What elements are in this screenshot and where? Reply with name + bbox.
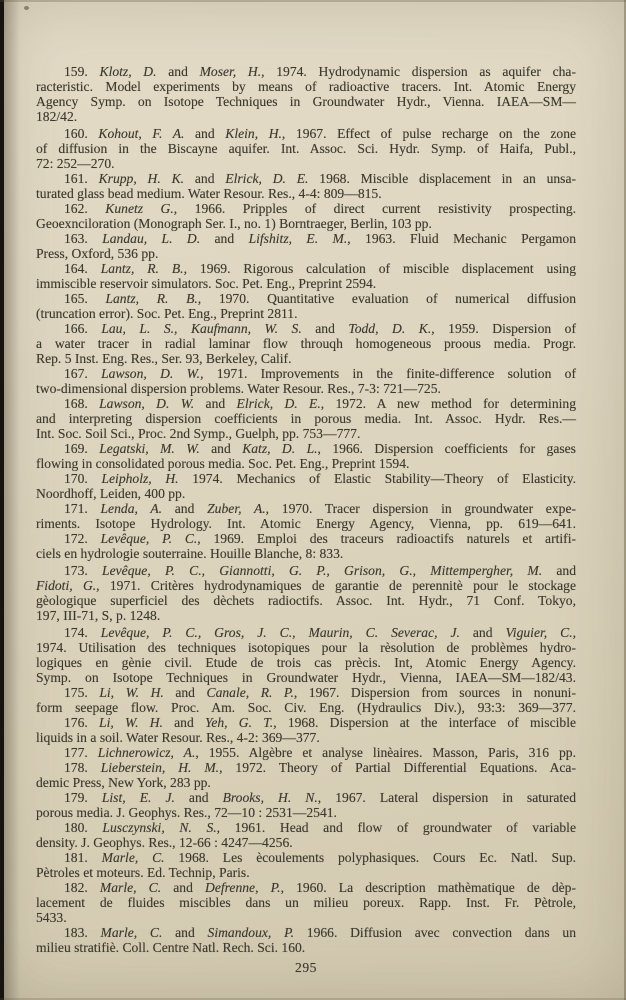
reference-text: 1968. Les ècoulements polyphasiques. Cou… — [165, 850, 576, 865]
reference-entry: 164. Lantz, R. B., 1969. Rigorous calcul… — [36, 261, 576, 291]
reference-text: 171. — [64, 501, 101, 516]
author-name-text: Levêque, P. C., Giannotti, G. P., Grison… — [102, 563, 542, 578]
reference-line: ciels en hydrologie souterraine. Houille… — [36, 546, 576, 561]
scan-edge-top — [0, 0, 626, 2]
reference-text: , 1967. Lateral dispersion in saturated — [318, 790, 576, 805]
author-name-text: Canale, R. P. — [207, 685, 294, 700]
reference-entry: 174. Levêque, P. C., Gros, J. C., Maurin… — [36, 625, 576, 685]
reference-text: , 1970. Tracer dispersion in groundwater… — [266, 501, 576, 516]
reference-text: and — [200, 441, 242, 456]
reference-line: Press, Oxford, 536 pp. — [36, 246, 576, 261]
reference-entry: 163. Landau, L. D. and Lifshitz, E. M., … — [36, 231, 576, 261]
reference-entry: 176. Li, W. H. and Yeh, G. T., 1968. Dis… — [36, 715, 576, 745]
reference-text: , 1969. Rigorous calculation of miscible… — [184, 261, 576, 276]
reference-entry: 170. Leipholz, H. 1974. Mechanics of Ela… — [36, 471, 576, 501]
reference-text: of diffusion in the Biscayne aquifer. In… — [36, 141, 576, 156]
reference-line: 159. Klotz, D. and Moser, H., 1974. Hydr… — [36, 64, 576, 79]
reference-line: Noordhoff, Leiden, 400 pp. — [36, 486, 576, 501]
reference-line: 182. Marle, C. and Defrenne, P., 1960. L… — [36, 880, 576, 895]
reference-line: gèologique superficiel des dèchets radio… — [36, 593, 576, 608]
reference-line: flowing in consolidated porous media. So… — [36, 456, 576, 471]
reference-text: , 1967. Effect of pulse recharge on the … — [282, 126, 576, 141]
author-name-text: Klein, H. — [225, 126, 282, 141]
author-name-text: Lifshitz, E. M. — [249, 231, 348, 246]
reference-text: 163. — [64, 231, 102, 246]
reference-text: 183. — [64, 925, 101, 940]
reference-text: and — [194, 396, 236, 411]
reference-line: 5433. — [36, 910, 576, 925]
reference-text: 176. — [64, 715, 99, 730]
reference-text: , 1955. Algèbre et analyse linèaires. Ma… — [195, 745, 576, 760]
reference-text: and — [302, 321, 349, 336]
author-name-text: Yeh, G. T. — [205, 715, 273, 730]
reference-line: 173. Levêque, P. C., Giannotti, G. P., G… — [36, 563, 576, 578]
reference-text: , 1960. La description mathèmatique de d… — [281, 880, 576, 895]
reference-line: (truncation error). Soc. Pet. Eng., Prep… — [36, 306, 576, 321]
reference-text: 179. — [64, 790, 102, 805]
author-name-text: Marle, C. — [100, 880, 161, 895]
reference-text: and — [157, 64, 200, 79]
author-name-text: Katz, D. L. — [242, 441, 317, 456]
reference-entry: 180. Lusczynski, N. S., 1961. Head and f… — [36, 820, 576, 850]
reference-entry: 178. Lieberstein, H. M., 1972. Theory of… — [36, 760, 576, 790]
reference-line: 176. Li, W. H. and Yeh, G. T., 1968. Dis… — [36, 715, 576, 730]
reference-line: logiques en gènie civil. Etude de trois … — [36, 655, 576, 670]
author-name-text: Marle, C. — [101, 925, 163, 940]
reference-text: gèologique superficiel des dèchets radio… — [36, 593, 576, 608]
scan-edge-left-shadow — [4, 0, 20, 1000]
reference-text: 180. — [64, 820, 102, 835]
reference-line: liquids in a soil. Water Resour. Res., 4… — [36, 730, 576, 745]
author-name-text: Li, W. H. — [99, 685, 163, 700]
reference-text: 159. — [64, 64, 100, 79]
reference-text: 177. — [64, 745, 98, 760]
reference-line: 181. Marle, C. 1968. Les ècoulements pol… — [36, 850, 576, 865]
reference-line: Symp. on Isotope Techniques in Groundwat… — [36, 670, 576, 685]
reference-text: 160. — [64, 126, 98, 141]
reference-line: form seepage flow. Proc. Am. Soc. Civ. E… — [36, 700, 576, 715]
author-name-text: Lieberstein, H. M. — [101, 760, 219, 775]
author-name-text: Simandoux, P. — [208, 925, 295, 940]
reference-text: 182/42. — [36, 109, 77, 124]
reference-entry: 179. List, E. J. and Brooks, H. N., 1967… — [36, 790, 576, 820]
author-name-text: Marle, C. — [102, 850, 165, 865]
reference-line: 197, III-71, S, p. 1248. — [36, 608, 576, 623]
reference-line: milieu stratifiè. Coll. Centre Natl. Rec… — [36, 940, 576, 955]
author-name-text: Lau, L. S., Kaufmann, W. S. — [101, 321, 301, 336]
page-content: 159. Klotz, D. and Moser, H., 1974. Hydr… — [36, 64, 576, 975]
reference-line: 1974. Utilisation des techniques isotopi… — [36, 640, 576, 655]
author-name-text: Klotz, D. — [100, 64, 157, 79]
author-name-text: List, E. J. — [102, 790, 175, 805]
scan-speck — [24, 6, 29, 10]
reference-line: 160. Kohout, F. A. and Klein, H., 1967. … — [36, 126, 576, 141]
reference-line: 171. Lenda, A. and Zuber, A., 1970. Trac… — [36, 501, 576, 516]
author-name-text: Todd, D. K. — [348, 321, 431, 336]
reference-text: , 1961. Head and flow of groundwater of … — [217, 820, 576, 835]
reference-line: density. J. Geophys. Res., 12-66 : 4247—… — [36, 835, 576, 850]
reference-text: Noordhoff, Leiden, 400 pp. — [36, 486, 185, 501]
reference-text: logiques en gènie civil. Etude de trois … — [36, 655, 576, 670]
reference-entry: 167. Lawson, D. W., 1971. Improvements i… — [36, 366, 576, 396]
reference-entry: 159. Klotz, D. and Moser, H., 1974. Hydr… — [36, 64, 576, 124]
reference-text: , 1970. Quantitative evaluation of numer… — [198, 291, 576, 306]
reference-text: Agency Symp. on Isotope Techniques in Gr… — [36, 94, 576, 109]
reference-text: 1966. Diffusion avec convection dans un — [294, 925, 576, 940]
reference-text: and — [162, 925, 207, 940]
author-name-text: Fidoti, G. — [36, 578, 96, 593]
reference-line: 168. Lawson, D. W. and Elrick, D. E., 19… — [36, 396, 576, 411]
reference-line: immiscible reservoir simulators. Soc. Pe… — [36, 276, 576, 291]
reference-text: and — [163, 715, 205, 730]
reference-text: , 1971. Improvements in the finite-diffe… — [200, 366, 576, 381]
reference-text: riments. Isotope Hydrology. Int. Atomic … — [36, 516, 576, 531]
reference-line: turated glass bead medium. Water Resour.… — [36, 186, 576, 201]
reference-text: , 1967. Dispersion from sources in nonun… — [294, 685, 576, 700]
reference-text: density. J. Geophys. Res., 12-66 : 4247—… — [36, 835, 293, 850]
reference-text: and — [200, 231, 248, 246]
reference-line: riments. Isotope Hydrology. Int. Atomic … — [36, 516, 576, 531]
author-name-text: Kohout, F. A. — [98, 126, 184, 141]
reference-text: , 1971. Critères hydrodynamiques de gara… — [96, 578, 576, 593]
reference-text: Symp. on Isotope Techniques in Groundwat… — [36, 670, 576, 685]
reference-entry: 169. Legatski, M. W. and Katz, D. L., 19… — [36, 441, 576, 471]
reference-text: and — [184, 126, 225, 141]
reference-line: 182/42. — [36, 109, 576, 124]
reference-text: and — [161, 880, 205, 895]
page-number: 295 — [36, 960, 576, 975]
reference-text: 174. — [64, 625, 101, 640]
author-name-text: Krupp, H. K. — [99, 171, 184, 186]
reference-line: 172. Levêque, P. C., 1969. Emploi des tr… — [36, 531, 576, 546]
reference-entry: 175. Li, W. H. and Canale, R. P., 1967. … — [36, 685, 576, 715]
author-name-text: Lusczynski, N. S. — [102, 820, 216, 835]
reference-entry: 182. Marle, C. and Defrenne, P., 1960. L… — [36, 880, 576, 925]
reference-line: 167. Lawson, D. W., 1971. Improvements i… — [36, 366, 576, 381]
reference-line: Geoexnciloration (Monograph Ser. I., no.… — [36, 216, 576, 231]
reference-text: 175. — [64, 685, 99, 700]
author-name-text: Leipholz, H. — [101, 471, 178, 486]
reference-line: and interpreting dispersion coefficients… — [36, 411, 576, 426]
reference-line: 161. Krupp, H. K. and Elrick, D. E. 1968… — [36, 171, 576, 186]
author-name-text: Elrick, D. E. — [225, 171, 308, 186]
reference-list: 159. Klotz, D. and Moser, H., 1974. Hydr… — [36, 64, 576, 955]
reference-text: and — [175, 790, 223, 805]
reference-text: form seepage flow. Proc. Am. Soc. Civ. E… — [36, 700, 576, 715]
author-name-text: Lawson, D. W. — [99, 396, 194, 411]
reference-text: 197, III-71, S, p. 1248. — [36, 608, 160, 623]
reference-text: and — [184, 171, 225, 186]
reference-line: 179. List, E. J. and Brooks, H. N., 1967… — [36, 790, 576, 805]
reference-text: 182. — [64, 880, 100, 895]
reference-entry: 177. Lichnerowicz, A., 1955. Algèbre et … — [36, 745, 576, 760]
author-name-text: Lantz, R. B. — [105, 291, 197, 306]
reference-text: Geoexnciloration (Monograph Ser. I., no.… — [36, 216, 432, 231]
author-name-text: Lenda, A. — [101, 501, 163, 516]
author-name-text: Levêque, P. C., Gros, J. C., Maurin, C. … — [101, 625, 460, 640]
reference-entry: 161. Krupp, H. K. and Elrick, D. E. 1968… — [36, 171, 576, 201]
reference-text: 178. — [64, 760, 101, 775]
author-name-text: Elrick, D. E. — [237, 396, 321, 411]
author-name-text: Li, W. H. — [99, 715, 163, 730]
author-name-text: Brooks, H. N. — [223, 790, 318, 805]
reference-entry: 172. Levêque, P. C., 1969. Emploi des tr… — [36, 531, 576, 561]
reference-text: (truncation error). Soc. Pet. Eng., Prep… — [36, 306, 298, 321]
reference-line: Pètroles et moteurs. Ed. Technip, Paris. — [36, 865, 576, 880]
author-name-text: Kunetz G. — [105, 201, 173, 216]
reference-text: ciels en hydrologie souterraine. Houille… — [36, 546, 343, 561]
reference-text: 172. — [64, 531, 101, 546]
reference-text: 173. — [64, 563, 102, 578]
author-name-text: Landau, L. D. — [102, 231, 200, 246]
reference-text: , 1966. Pripples of direct current resis… — [174, 201, 576, 216]
reference-text: 162. — [64, 201, 105, 216]
reference-text: immiscible reservoir simulators. Soc. Pe… — [36, 276, 376, 291]
reference-line: 180. Lusczynski, N. S., 1961. Head and f… — [36, 820, 576, 835]
reference-line: two-dimensional dispersion problems. Wat… — [36, 381, 576, 396]
reference-line: 72: 252—270. — [36, 156, 576, 171]
reference-line: 174. Levêque, P. C., Gros, J. C., Maurin… — [36, 625, 576, 640]
reference-line: porous media. J. Geophys. Res., 72—10 : … — [36, 805, 576, 820]
reference-text: flowing in consolidated porous media. So… — [36, 456, 409, 471]
reference-text: 168. — [64, 396, 99, 411]
reference-text: lacement de fluides miscibles dans un mi… — [36, 895, 576, 910]
reference-line: 183. Marle, C. and Simandoux, P. 1966. D… — [36, 925, 576, 940]
reference-line: 163. Landau, L. D. and Lifshitz, E. M., … — [36, 231, 576, 246]
reference-text: 167. — [64, 366, 101, 381]
reference-text: 165. — [64, 291, 105, 306]
reference-line: Rep. 5 Inst. Eng. Res., Ser. 93, Berkele… — [36, 351, 576, 366]
reference-entry: 183. Marle, C. and Simandoux, P. 1966. D… — [36, 925, 576, 955]
reference-text: porous media. J. Geophys. Res., 72—10 : … — [36, 805, 337, 820]
reference-text: demic Press, New York, 283 pp. — [36, 775, 211, 790]
reference-text: 181. — [64, 850, 102, 865]
reference-text: Int. Soc. Soil Sci., Proc. 2nd Symp., Gu… — [36, 426, 360, 441]
reference-text: 169. — [64, 441, 99, 456]
reference-line: 175. Li, W. H. and Canale, R. P., 1967. … — [36, 685, 576, 700]
reference-line: 169. Legatski, M. W. and Katz, D. L., 19… — [36, 441, 576, 456]
reference-text: Rep. 5 Inst. Eng. Res., Ser. 93, Berkele… — [36, 351, 291, 366]
reference-text: , 1966. Dispersion coefficients for gase… — [318, 441, 576, 456]
reference-text: 161. — [64, 171, 99, 186]
reference-line: 166. Lau, L. S., Kaufmann, W. S. and Tod… — [36, 321, 576, 336]
reference-entry: 162. Kunetz G., 1966. Pripples of direct… — [36, 201, 576, 231]
reference-entry: 160. Kohout, F. A. and Klein, H., 1967. … — [36, 126, 576, 171]
author-name-text: Levêque, P. C. — [101, 531, 198, 546]
reference-entry: 173. Levêque, P. C., Giannotti, G. P., G… — [36, 563, 576, 623]
reference-text: and — [460, 625, 506, 640]
reference-text: , 1968. Dispersion at the interface of m… — [273, 715, 576, 730]
reference-text: 72: 252—270. — [36, 156, 115, 171]
reference-text: 5433. — [36, 910, 67, 925]
reference-entry: 165. Lantz, R. B., 1970. Quantitative ev… — [36, 291, 576, 321]
reference-line: 177. Lichnerowicz, A., 1955. Algèbre et … — [36, 745, 576, 760]
reference-text: 170. — [64, 471, 101, 486]
author-name-text: Moser, H. — [200, 64, 262, 79]
reference-text: , 1972. Theory of Partial Differential E… — [219, 760, 576, 775]
author-name-text: Viguier, C., — [506, 625, 577, 640]
reference-entry: 168. Lawson, D. W. and Elrick, D. E., 19… — [36, 396, 576, 441]
reference-line: 178. Lieberstein, H. M., 1972. Theory of… — [36, 760, 576, 775]
author-name-text: Zuber, A. — [207, 501, 266, 516]
reference-text: a water tracer in radial laminar flow th… — [36, 336, 576, 351]
reference-text: and — [542, 563, 576, 578]
reference-line: 162. Kunetz G., 1966. Pripples of direct… — [36, 201, 576, 216]
reference-text: liquids in a soil. Water Resour. Res., 4… — [36, 730, 320, 745]
author-name-text: Lichnerowicz, A. — [98, 745, 196, 760]
reference-text: Pètroles et moteurs. Ed. Technip, Paris. — [36, 865, 250, 880]
reference-text: 1968. Miscible displacement in an unsa- — [308, 171, 576, 186]
reference-line: a water tracer in radial laminar flow th… — [36, 336, 576, 351]
reference-entry: 171. Lenda, A. and Zuber, A., 1970. Trac… — [36, 501, 576, 531]
reference-text: Press, Oxford, 536 pp. — [36, 246, 158, 261]
reference-line: 170. Leipholz, H. 1974. Mechanics of Ela… — [36, 471, 576, 486]
reference-entry: 166. Lau, L. S., Kaufmann, W. S. and Tod… — [36, 321, 576, 366]
reference-text: 1974. Utilisation des techniques isotopi… — [36, 640, 576, 655]
reference-text: and — [162, 501, 207, 516]
author-name-text: Lawson, D. W. — [101, 366, 200, 381]
reference-text: turated glass bead medium. Water Resour.… — [36, 186, 382, 201]
reference-line: Int. Soc. Soil Sci., Proc. 2nd Symp., Gu… — [36, 426, 576, 441]
reference-entry: 181. Marle, C. 1968. Les ècoulements pol… — [36, 850, 576, 880]
reference-line: lacement de fluides miscibles dans un mi… — [36, 895, 576, 910]
reference-text: 1974. Mechanics of Elastic Stability—The… — [179, 471, 576, 486]
scanned-page: 159. Klotz, D. and Moser, H., 1974. Hydr… — [0, 0, 626, 1000]
author-name-text: Legatski, M. W. — [99, 441, 200, 456]
reference-line: 164. Lantz, R. B., 1969. Rigorous calcul… — [36, 261, 576, 276]
reference-line: Fidoti, G., 1971. Critères hydrodynamiqu… — [36, 578, 576, 593]
reference-text: 166. — [64, 321, 101, 336]
reference-line: Agency Symp. on Isotope Techniques in Gr… — [36, 94, 576, 109]
reference-text: , 1959. Dispersion of — [431, 321, 576, 336]
reference-text: two-dimensional dispersion problems. Wat… — [36, 381, 441, 396]
reference-line: racteristic. Model experiments by means … — [36, 79, 576, 94]
author-name-text: Defrenne, P. — [205, 880, 281, 895]
reference-text: racteristic. Model experiments by means … — [36, 79, 576, 94]
reference-text: , 1974. Hydrodynamic dispersion as aquif… — [261, 64, 576, 79]
reference-text: and — [164, 685, 207, 700]
reference-text: , 1963. Fluid Mechanic Pergamon — [347, 231, 576, 246]
reference-text: and interpreting dispersion coefficients… — [36, 411, 576, 426]
reference-text: , 1972. A new method for determining — [321, 396, 576, 411]
reference-line: demic Press, New York, 283 pp. — [36, 775, 576, 790]
reference-text: milieu stratifiè. Coll. Centre Natl. Rec… — [36, 940, 305, 955]
reference-text: , 1969. Emploi des traceurs radioactifs … — [197, 531, 576, 546]
reference-line: 165. Lantz, R. B., 1970. Quantitative ev… — [36, 291, 576, 306]
author-name-text: Lantz, R. B. — [101, 261, 184, 276]
reference-line: of diffusion in the Biscayne aquifer. In… — [36, 141, 576, 156]
reference-text: 164. — [64, 261, 101, 276]
